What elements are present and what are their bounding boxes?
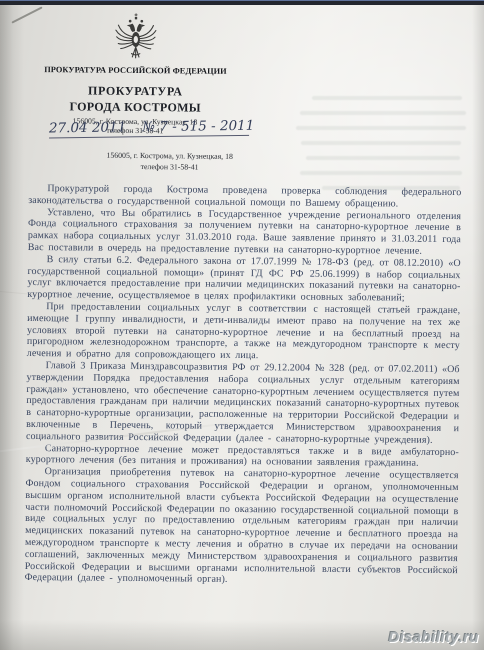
- coat-of-arms-icon: [111, 11, 161, 63]
- watermark-disability-ru: Disability.ru: [389, 629, 480, 646]
- phone-line: телефон 31-58-41: [57, 161, 283, 174]
- org-federation-line: ПРОКУРАТУРА РОССИЙСКОЙ ФЕДЕРАЦИИ: [27, 65, 243, 76]
- paragraph: Прокуратурой города Кострома проведена п…: [28, 183, 461, 211]
- letter-body: Прокуратурой города Кострома проведена п…: [25, 183, 462, 588]
- handwritten-number: № 7 - 515 - 2011: [142, 118, 254, 135]
- handwritten-registration-line: 27.04 2011 № 7 - 515 - 2011: [49, 118, 249, 139]
- org-name-line2: ГОРОДА КОСТРОМЫ: [27, 99, 243, 116]
- address-block: 156005, г. Кострома, ул. Кузнецкая, 18 т…: [57, 150, 283, 173]
- letter-page: ПРОКУРАТУРА РОССИЙСКОЙ ФЕДЕРАЦИИ ПРОКУРА…: [0, 0, 484, 650]
- scan-top-edge: [0, 0, 484, 5]
- paragraph: Уставлено, что Вы обратились в Государст…: [28, 207, 461, 258]
- paragraph: Главой 3 Приказа Минздравсоцразвития РФ …: [26, 360, 460, 447]
- document-scan: ПРОКУРАТУРА РОССИЙСКОЙ ФЕДЕРАЦИИ ПРОКУРА…: [0, 0, 484, 650]
- letterhead: ПРОКУРАТУРА РОССИЙСКОЙ ФЕДЕРАЦИИ ПРОКУРА…: [27, 10, 244, 136]
- paragraph: Организация приобретения путевок на сана…: [25, 466, 459, 588]
- handwritten-date: 27.04 2011: [49, 119, 126, 136]
- paragraph: В силу статьи 6.2. Федерального закона о…: [27, 254, 460, 305]
- paragraph: При предоставлении социальных услуг в со…: [27, 301, 461, 364]
- org-name-line1: ПРОКУРАТУРА: [27, 83, 243, 100]
